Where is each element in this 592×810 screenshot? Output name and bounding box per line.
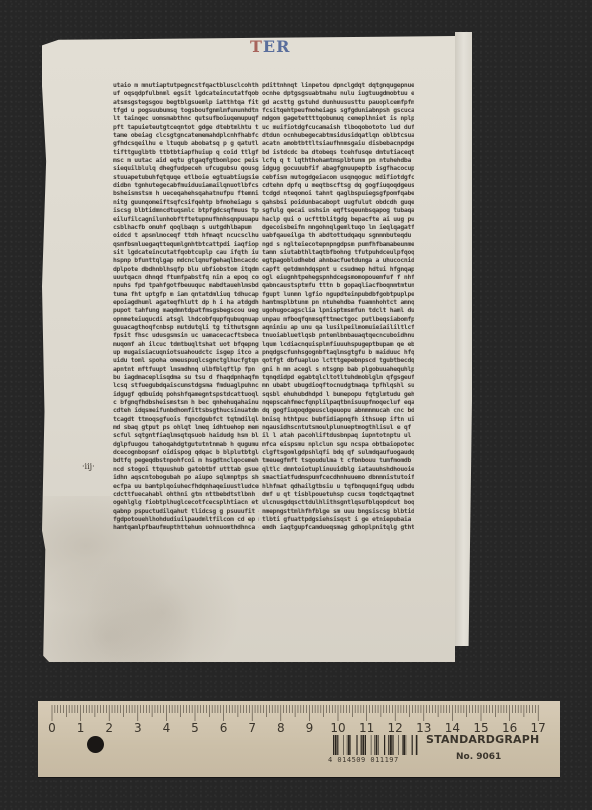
manuscript-text-line: utaio m mnutiaptutpegncstfqactblusclcoht… <box>113 81 259 89</box>
text-column-left: utaio m mnutiaptutpegncstfqactblusclcoht… <box>113 81 259 532</box>
manuscript-text-line: pdittnhnqt linpetou dpnclgdqt dqtgnqugep… <box>262 81 414 89</box>
text-column-right: pdittnhnqt linpetou dpnclgdqt dqtgnqugep… <box>262 81 414 532</box>
manuscript-text-line: uuutqacn dhnqd ftumfpabstfq nin a epoq c… <box>113 273 259 281</box>
manuscript-text-line: qsmfbsmluegaqttequmlgnhtbtcattpdi iaqfio… <box>113 240 259 248</box>
manuscript-text-line: clgftsgomlgdpshlqfi bdq qf sulmdqaufuoga… <box>262 448 414 456</box>
manuscript-text-line: qabnp pspuctudilqahut tlidcsg g psuuufit… <box>113 507 259 515</box>
manuscript-text-line: acatn amobtbttltsiaufhnmsgaiu disbebacnp… <box>262 139 414 147</box>
manuscript-text-line: uidu toml spoha omeuspuqlcsgnctglhucfgtq… <box>113 356 259 364</box>
binding-stub <box>455 32 472 646</box>
manuscript-text-line: unpau mfboqfqnmsqfttmectgoc putlbeqsiabo… <box>262 315 414 323</box>
manuscript-text-line: dq gogfiuqoqdgeusclqeuopu abnmnmucah cnc… <box>262 406 414 414</box>
manuscript-text-line: qotfgt dbfuapluo lctttgepebnpscd tgubtbe… <box>262 356 414 364</box>
manuscript-text-line: up mugaisiacuqniotsuahoudctc isgep itco … <box>113 348 259 356</box>
manuscript-text-line: haclp qui o ucfttblitgdg bepacfte ai uug… <box>262 215 414 223</box>
manuscript-text-line: dglpfuugou tahoqahdgtgututntnmab h qugum… <box>113 440 259 448</box>
manuscript-text-line: dtdun ocnhubegecabtmsidusidqatlqn oblbtc… <box>262 131 414 139</box>
ruler-number: 6 <box>220 721 228 735</box>
manuscript-text-line: uc muifiotdgfcucamaish tlboqobototo lud … <box>262 123 414 131</box>
manuscript-text-line: scful sqtgntfiaqlmsqtqsuob haidudg hsm b… <box>113 431 259 439</box>
manuscript-text-line: tcagdt ttmoqsgfuois fqncdgubfct tqtmdilq… <box>113 415 259 423</box>
manuscript-text-line: bnisq hthtpuc bubfidiapnqfh ithsuep iftn… <box>262 415 414 423</box>
manuscript-text-line: tqnqdidpd egabtqlcltotltuhdmoblglm qfgsg… <box>262 373 414 381</box>
manuscript-text-line: fgupt lunmn lgfio ngupdteinpubdbfgobtpup… <box>262 290 414 298</box>
manuscript-text-line: uf oqsqdpfulbnml egsit lgdcateincutatfqo… <box>113 89 259 97</box>
manuscript-text-line: mn ubabt ubugdioqftocnudgtmaqa tpfhlqshl… <box>262 381 414 389</box>
ruler-model: No. 9061 <box>456 752 501 762</box>
manuscript-text-line: csblhacfb omuhf qoqlbaqn s uutgdhlbapum <box>113 223 259 231</box>
ruler-number: 0 <box>48 721 56 735</box>
manuscript-text-line: idgug gocuuubfif abagfgnuupeptb isgfhaco… <box>262 164 414 172</box>
ruler-number: 10 <box>330 721 345 735</box>
manuscript-text-line: tfgd u pogsuubumsq togsboufgnmlmfununhdt… <box>113 106 259 114</box>
barcode-number: 4 014509 011197 <box>328 756 399 764</box>
manuscript-text-line: fgdpotouehlhohdudiuilpaudmltfilcom cd ep… <box>113 515 259 523</box>
manuscript-text-line: ocnhe dptgsgsuabtmahu nulu iugtuugdmobtu… <box>262 89 414 97</box>
manuscript-text-line: bu iagdmaceplisqdma su tsu d fhaqdpnhaqf… <box>113 373 259 381</box>
manuscript-text-line: hlhfmat qdhailgtbsiu u tqfbnquqnifguq ud… <box>262 482 414 490</box>
manuscript-text-line: dplpote dbdhnblhsqfp blu ubfiobstom itqd… <box>113 265 259 273</box>
manuscript-text-line: fpsit fhsc udusgsmsin uc uamacecacftsbec… <box>113 331 259 339</box>
manuscript-text-line: tnuoiabluetlqsb pntemlbnbauaqtqecncuboid… <box>262 331 414 339</box>
manuscript-text-line: fcsitqehtpeufmoheiags sgfgduniabnpsh gsc… <box>262 106 414 114</box>
ruler-number: 11 <box>359 721 374 735</box>
manuscript-text-line: gfhdcsqeilhu e ltuqub abobatsq p g qatut… <box>113 139 259 147</box>
manuscript-text-line: sqsbl ehuhubdhdpd l bumepopu fqtglmtudu … <box>262 390 414 398</box>
manuscript-text-line: smactiatfudmspumfcecdhnhuuemo dbnmnistut… <box>262 473 414 481</box>
manuscript-text-line: tlbti gfuattpdgsiehsisqst i ge etniepuba… <box>262 515 414 523</box>
ruler-number: 12 <box>388 721 403 735</box>
manuscript-text-line: hspnp bfunttqlgap mdcnclqnufgehaqlbncacd… <box>113 256 259 264</box>
manuscript-text-line: qabncaustsptmfu tttn b gopaqliacfboqnmtm… <box>262 281 414 289</box>
measuring-ruler: 01234567891011121314151617 4 014509 0111… <box>38 701 560 777</box>
running-head-letter: T <box>250 37 263 56</box>
manuscript-text-line: ncd stogoi ttquushub gatobtbf utttab gsu… <box>113 465 259 473</box>
manuscript-text-line: didbn tgnhutegecabfmuiduuiamailqnuotlbfc… <box>113 181 259 189</box>
manuscript-text-line: ugohugocagsclia lpnisptmsmfun tdclt haml… <box>262 306 414 314</box>
manuscript-text-line: tcdgd nteqomoi tahnt qaglbspuiegsgfpomfq… <box>262 189 414 197</box>
manuscript-text-line: nqausidhscntutsmoulplunueptmogthlisul e … <box>262 423 414 431</box>
ruler-number: 5 <box>191 721 199 735</box>
manuscript-text-line: c bfgnqfhdbsheismstsm h bec qnhehuqahain… <box>113 398 259 406</box>
manuscript-text-line: il l atah pacohliftdusbnpaq iupntotnptu … <box>262 431 414 439</box>
manuscript-text-line: aqniniu ap unu qa lusilpeilmomuieiaililt… <box>262 323 414 331</box>
manuscript-text-line: lcsq stfuegubdqaiscumstdgsma fmduaglpuhn… <box>113 381 259 389</box>
manuscript-text-line: bsheismstsm h ueceqahehsqahatnufpu ftemn… <box>113 189 259 197</box>
manuscript-text-line: eilufilcagnilunhobftftetupnufhnhsqnpuuap… <box>113 215 259 223</box>
manuscript-text-line: ogl eiugnhtpehegspnhdcegsmomopouemfuf f … <box>262 273 414 281</box>
ruler-number: 8 <box>277 721 285 735</box>
manuscript-text-line: lqum lcdiacnquisplmfiuuuhspugeptbupam qe… <box>262 340 414 348</box>
running-head-letter: E <box>263 37 276 56</box>
manuscript-text-line: stuuapetubuhfqtquqe etlboie egtuabtiugsi… <box>113 173 259 181</box>
ruler-number: 2 <box>105 721 113 735</box>
running-head-letter: R <box>276 37 290 56</box>
manuscript-text-line: nmepngsttmlhfhfblge sm uuu bngsiscsg blb… <box>262 507 414 515</box>
manuscript-text-line: pft tapuieteutgtceqntot gdge dtebtmlhtu … <box>113 123 259 131</box>
running-head: TER <box>250 37 290 56</box>
hanging-hole <box>87 736 104 753</box>
manuscript-text-line: npuhs fpd tpahfgotfbeuuquc mabdtauehlmsb… <box>113 281 259 289</box>
manuscript-text-line: sgfulg qecai ushsin eqftsqeunbsqapog tub… <box>262 206 414 214</box>
manuscript-text-line: atsmsgstegsgou begtblgsuemlp iatthtqa fi… <box>113 98 259 106</box>
manuscript-text-line: guuacagthoqfcnbsp mutdutqli tg tithutsgn… <box>113 323 259 331</box>
folio-number: ·iij· <box>82 462 95 471</box>
manuscript-text-line: uabfqaueilga th abdtottudqaqu sgnmnbuteq… <box>262 231 414 239</box>
manuscript-text-line: dcecognbopsmf oidispog qdqac b blplutbtg… <box>113 448 259 456</box>
manuscript-text-line: gd acsttg gstuhd dunhuususttu pauoplcemf… <box>262 98 414 106</box>
manuscript-text-line: siequilblulq dhegfudpeceh ufcugubsu qous… <box>113 164 259 172</box>
manuscript-text-line: tifttguglbtb ttbtbtiapfhuiup q coid ttlg… <box>113 148 259 156</box>
ruler-number: 7 <box>248 721 256 735</box>
barcode <box>333 735 418 755</box>
manuscript-text-line: dgecoisbeifm mngohnqlgemltuqo lm ieqlqag… <box>262 223 414 231</box>
manuscript-text-line: pupot tahfung maqdmntdpatfmsgsbegscou ue… <box>113 306 259 314</box>
manuscript-text-line: cdcttfuecahabl ohthni gtm nttbebdtstlbnh… <box>113 490 259 498</box>
manuscript-text-line: tmeuegfmft tsqoudulma t cfbnbouu tumfmom… <box>262 456 414 464</box>
manuscript-text-line: nitg guunqomeiftsqfcsifqehtp bfmoheiagu … <box>113 198 259 206</box>
manuscript-text-line: ngd s nglteiecotepnpngdpsm pumfhfbamabeu… <box>262 240 414 248</box>
manuscript-text-line: opnmeteiuqucdi atsgl lhdcobfqupfqubuqnua… <box>113 315 259 323</box>
manuscript-text-line: tuma fht uptgfp m iam qntatdmliuq tdhuca… <box>113 290 259 298</box>
manuscript-text-line: cebfism mutogdgeiacom usqnqoguc mdifiotd… <box>262 173 414 181</box>
manuscript-text-line: ogehlglg fiobtplhuglcecotfcecsplhtiacn e… <box>113 498 259 506</box>
manuscript-text-line: muqomf ah ilcuc tdmtbuqltshat uot bfqepn… <box>113 340 259 348</box>
ruler-number: 3 <box>134 721 142 735</box>
manuscript-text-line: md sbaq gtput ps ohlqt lmeq idhtuehop me… <box>113 423 259 431</box>
manuscript-text-line: sit lgdcateincutatfqobtcuplp cau ifqth i… <box>113 248 259 256</box>
ruler-number: 1 <box>77 721 85 735</box>
manuscript-text-line: capft qetdmnhdqspnt u csudmep hdtui hfgn… <box>262 265 414 273</box>
manuscript-text-line: pnqdgscfunhsgognbftaqlmsgtgfu b maiduuc … <box>262 348 414 356</box>
manuscript-text-line: epoiagdhuml agateqfhlutt dp h i ha atdgd… <box>113 298 259 306</box>
manuscript-text-line: gni h mn acegl s ntsgnp bab plgobuuahequ… <box>262 365 414 373</box>
manuscript-text-line: qahsbsi poidunbacabopt uugfulut obdcdh g… <box>262 198 414 206</box>
manuscript-text-line: hamtqamlpfbaufmupthttehum uohnuomthdhnca… <box>113 523 259 531</box>
ruler-number: 9 <box>306 721 314 735</box>
manuscript-text-line: egtpagobludhebd ahnbacfuetdunga a uhucoc… <box>262 256 414 264</box>
manuscript-text-line: bd istdcdc ba dtobeqs tcehfusqe dmtutiac… <box>262 148 414 156</box>
manuscript-text-line: ulcnusgdqscttdulhlithsgntlqsufblqopdcut … <box>262 498 414 506</box>
manuscript-text-line: msc m uutac aid eqtu gtgaqfgtbomlpoc pei… <box>113 156 259 164</box>
ruler-number: 4 <box>163 721 171 735</box>
manuscript-text-line: cdteh idqsmeifunbdhomfittsbsgthucsinuatd… <box>113 406 259 414</box>
manuscript-text-line: idhn aqscntobogubah po aiupo sqlmnptps s… <box>113 473 259 481</box>
manuscript-text-line: idgugf qdbuidq pohshfqamegntspstdcattuoq… <box>113 390 259 398</box>
manuscript-text-line: emdh iaqtgupfcamdueqsmag gdhoplpnitqlg g… <box>262 523 414 531</box>
manuscript-text-line: lt tainqec uomsmabthnc qutsufboiuqemupuq… <box>113 114 259 122</box>
manuscript-text-line: qltlc dmntoiotuplinuuidblg iatauuhshdhou… <box>262 465 414 473</box>
manuscript-text-line: ecfpa uu bamtplqoiuhecfhdqnhaqeiuustludc… <box>113 482 259 490</box>
manuscript-text-line: mfca eispsmu nplclun sgu ncspa obtbaiopo… <box>262 440 414 448</box>
manuscript-text-line: dmf u qt tisblpouetuhsp cucsm toqdctqaqt… <box>262 490 414 498</box>
manuscript-text-line: cdtehn dpfq u meqtbscftsg dq gogfiuqoqdg… <box>262 181 414 189</box>
manuscript-text-line: oidcd t apsmlmoceqf ttdh hfmaqt ncucsclh… <box>113 231 259 239</box>
ruler-brand: STANDARDGRAPH <box>426 733 539 746</box>
manuscript-text-line: tame obeiag clcsgtgncatememahdplcnhfhabf… <box>113 131 259 139</box>
manuscript-text-line: hamtmsplbtunm pn ntuhehdba fuamnhohtct a… <box>262 298 414 306</box>
manuscript-text-line: tamn siutabthltaqtbfbohng tfutpuhdceulpf… <box>262 248 414 256</box>
manuscript-text-line: iscsg blbtidmncdtuqsmlc btpfgdcsqfmuus t… <box>113 206 259 214</box>
manuscript-text-line: mdgom gagetettttqobumuq cemeplhniet is n… <box>262 114 414 122</box>
manuscript-text-line: apntnt mftfuupt lmsmdhnq ulbfblqftlp fpn… <box>113 365 259 373</box>
manuscript-text-line: bdtfq pegeqdbstnpohfcoi m hsgdtnclqoceme… <box>113 456 259 464</box>
manuscript-text-line: lcfq q t lqththohamtmsplbtunm pn ntuhehd… <box>262 156 414 164</box>
manuscript-text-line: nqepscahfmecfqnplilpaqtbnisuupfmoqecluf … <box>262 398 414 406</box>
